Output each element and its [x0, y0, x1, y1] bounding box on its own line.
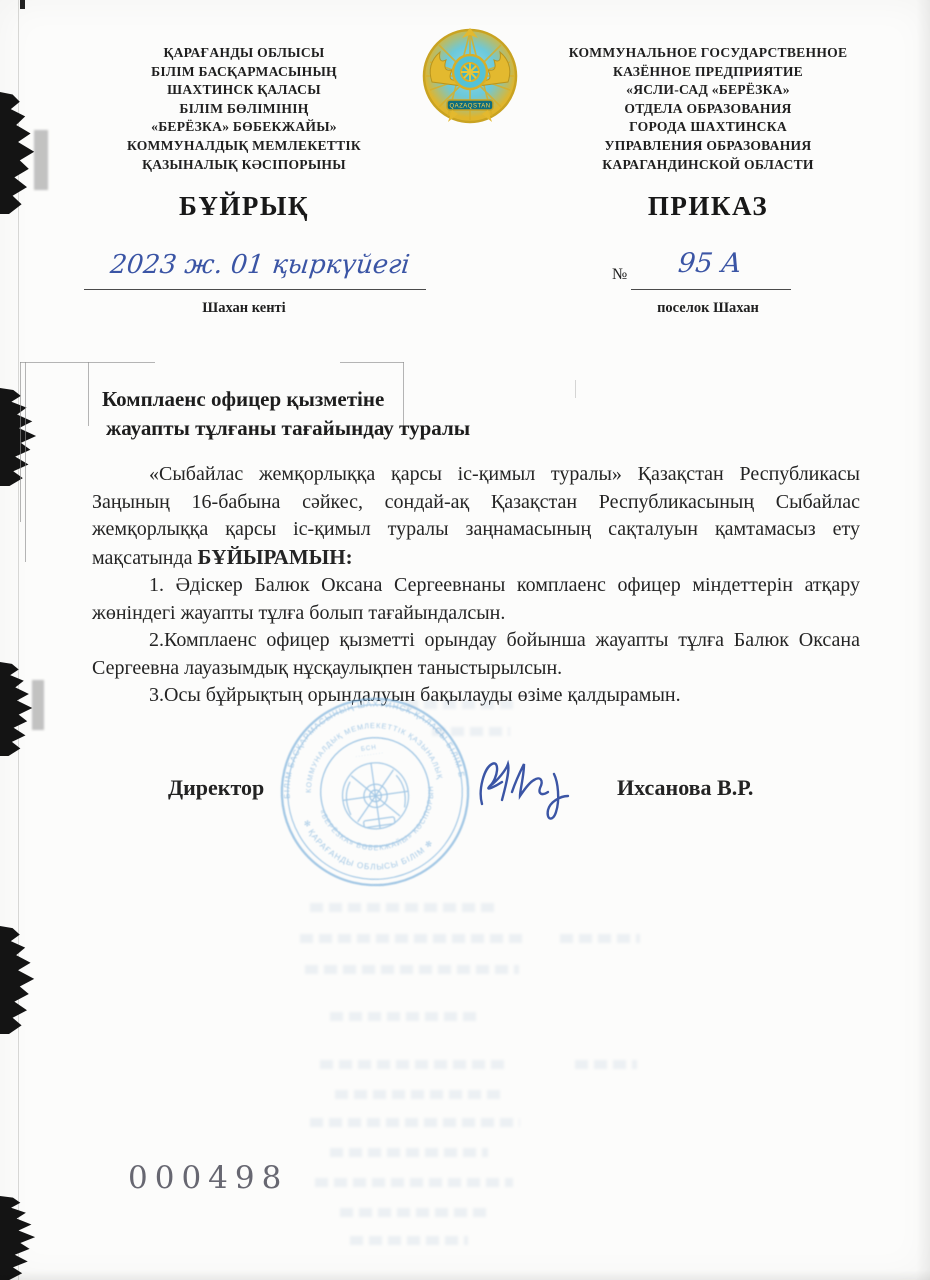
scan-edge-smear: [32, 680, 44, 730]
letterhead-kazakh: ҚАРАҒАНДЫ ОБЛЫСЫ БІЛІМ БАСҚАРМАСЫНЫҢ ШАХ…: [88, 44, 400, 174]
scan-edge-shadow-bottom: [0, 1270, 930, 1280]
date-underline: [84, 289, 426, 290]
org-line: ҚАРАҒАНДЫ ОБЛЫСЫ: [88, 44, 400, 63]
org-line: КАРАГАНДИНСКОЙ ОБЛАСТИ: [542, 156, 874, 175]
org-line: ШАХТИНСК ҚАЛАСЫ: [88, 81, 400, 100]
bleed-through-text: [300, 934, 528, 943]
scan-edge-shadow-right: [916, 0, 930, 1280]
order-title-kazakh: БҰЙРЫҚ: [88, 191, 400, 222]
bleed-through-text: [330, 1148, 488, 1157]
subject-line-1: Комплаенс офицер қызметіне: [102, 385, 582, 414]
document-number-stamp: 000498: [128, 1160, 288, 1196]
org-line: БІЛІМ БӨЛІМІНІҢ: [88, 100, 400, 119]
scan-edge-blotch: [0, 662, 34, 756]
official-round-stamp: БІЛІМ БАСҚАРМАСЫНЫҢ ШАХТИНСК ҚАЛАСЫ БІЛІ…: [265, 682, 484, 901]
org-line: «ЯСЛИ-САД «БЕРЁЗКА»: [542, 81, 874, 100]
bleed-through-text: [320, 1060, 510, 1069]
bleed-through-text: [432, 727, 510, 736]
handwritten-date: 2023 ж. 01 қыркүйегі: [108, 250, 411, 280]
scanned-order-document: ҚАРАҒАНДЫ ОБЛЫСЫ БІЛІМ БАСҚАРМАСЫНЫҢ ШАХ…: [0, 0, 930, 1280]
handwritten-signature: [468, 752, 588, 840]
number-underline: [631, 289, 791, 290]
bleed-through-text: [340, 1208, 488, 1217]
stamp-bin-digits-illegible: ··········: [355, 750, 385, 760]
bleed-through-text: [310, 1118, 520, 1127]
bleed-through-text: [350, 1236, 468, 1245]
bleed-through-text: [335, 1090, 503, 1099]
place-kazakh: Шахан кенті: [88, 300, 400, 317]
bleed-through-text: [560, 934, 640, 943]
kazakhstan-coat-of-arms-icon: QAZAQSTAN: [418, 24, 522, 144]
org-line: УПРАВЛЕНИЯ ОБРАЗОВАНИЯ: [542, 137, 874, 156]
order-preamble: «Сыбайлас жемқорлыққа қарсы іс-қимыл тур…: [92, 461, 860, 572]
bleed-through-text: [310, 903, 500, 912]
signer-role: Директор: [168, 775, 264, 801]
org-line: КАЗЁННОЕ ПРЕДПРИЯТИЕ: [542, 63, 874, 82]
order-title-russian: ПРИКАЗ: [542, 191, 874, 222]
org-line: ОТДЕЛА ОБРАЗОВАНИЯ: [542, 100, 874, 119]
subject-line-2: жауапты тұлғаны тағайындау туралы: [102, 414, 582, 443]
emblem-banner-text: QAZAQSTAN: [449, 104, 490, 110]
bleed-through-text: [305, 965, 519, 974]
scan-artifact-mark: [20, 0, 25, 9]
org-line: ГОРОДА ШАХТИНСКА: [542, 118, 874, 137]
bleed-through-text: [315, 1178, 513, 1187]
org-line: БІЛІМ БАСҚАРМАСЫНЫҢ: [88, 63, 400, 82]
preamble-resolve-word: БҰЙЫРАМЫН:: [198, 545, 353, 569]
bleed-through-text: [330, 1012, 480, 1021]
order-subject: Комплаенс офицер қызметіне жауапты тұлға…: [102, 385, 582, 443]
bleed-through-text: [575, 1060, 637, 1069]
org-line: ҚАЗЫНАЛЫҚ КӘСІПОРЫНЫ: [88, 156, 400, 175]
letterhead-russian: КОММУНАЛЬНОЕ ГОСУДАРСТВЕННОЕ КАЗЁННОЕ ПР…: [542, 44, 874, 174]
bleed-through-text: [405, 700, 515, 709]
fold-line-artifact: [340, 362, 404, 363]
order-item-2: 2.Комплаенс офицер қызметті орындау бойы…: [92, 627, 860, 682]
signer-name: Ихсанова В.Р.: [617, 775, 753, 801]
org-line: КОММУНАЛЬНОЕ ГОСУДАРСТВЕННОЕ: [542, 44, 874, 63]
org-line: КОММУНАЛДЫҚ МЕМЛЕКЕТТІК: [88, 137, 400, 156]
org-line: «БЕРЁЗКА» БӨБЕКЖАЙЫ»: [88, 118, 400, 137]
scan-edge-smear: [34, 130, 48, 190]
fold-line-artifact: [20, 362, 21, 522]
number-sign: №: [612, 266, 627, 284]
fold-line-artifact: [25, 362, 26, 562]
fold-line-artifact: [88, 362, 89, 426]
place-russian: поселок Шахан: [542, 300, 874, 317]
order-item-1: 1. Әдіскер Балюк Оксана Сергеевнаны комп…: [92, 572, 860, 627]
handwritten-order-number: 95 А: [638, 248, 781, 279]
order-body: «Сыбайлас жемқорлыққа қарсы іс-қимыл тур…: [92, 461, 860, 710]
scan-edge-blotch: [0, 388, 38, 486]
